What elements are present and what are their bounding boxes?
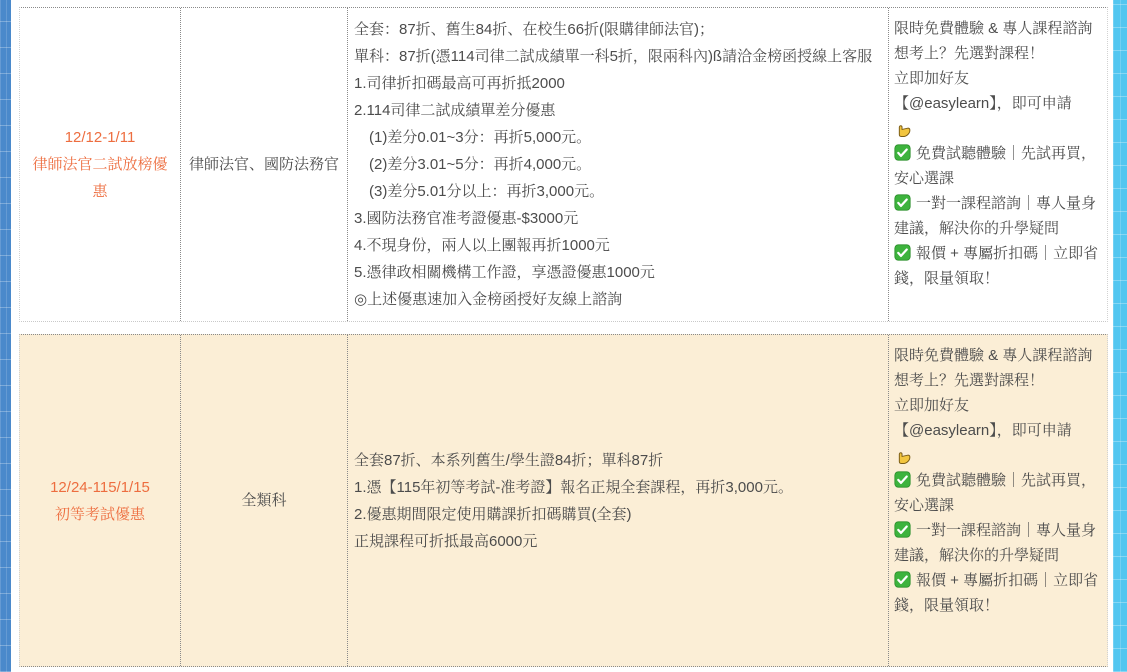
details-line: (2)差分3.01~5分：再折4,000元。 [354,151,880,178]
details-line: ◎上述優惠速加入金榜函授好友線上諮詢 [354,286,880,313]
left-blueprint-strip [0,0,11,672]
check-item: 免費試聽體驗｜先試再買，安心選課 [894,141,1103,191]
promo-intro-line: 想考上？先選對課程！ [894,368,1103,393]
promo-intro-line: 想考上？先選對課程！ [894,41,1103,66]
category-cell: 全類科 [180,335,347,666]
details-line: 2.優惠期間限定使用購課折扣碼購買(全套) [354,501,880,528]
check-item-label: 一對一課程諮詢｜專人量身建議，解決你的升學疑問 [894,522,1096,564]
check-item-label: 免費試聽體驗｜先試再買，安心選課 [894,145,1096,187]
period-title: 律師法官二試放榜優惠 [28,151,172,205]
check-icon [894,468,911,493]
check-item: 免費試聽體驗｜先試再買，安心選課 [894,468,1103,518]
check-icon [894,568,911,593]
details-line: 單科：87折(憑114司律二試成績單一科5折，限兩科內)ß請洽金榜函授線上客服 [354,43,880,70]
table-row: 12/24-115/1/15 初等考試優惠 全類科 全套87折、本系列舊生/學生… [19,334,1108,667]
category-label: 律師法官、國防法務官 [189,151,339,178]
check-icon [894,191,911,216]
promotions-table: 12/12-1/11 律師法官二試放榜優惠 律師法官、國防法務官 全套：87折、… [19,7,1108,667]
period-title: 初等考試優惠 [55,501,145,528]
details-line: 3.國防法務官准考證優惠-$3000元 [354,205,880,232]
details-cell: 全套：87折、舊生84折、在校生66折(限購律師法官)； 單科：87折(憑114… [347,8,888,321]
details-cell: 全套87折、本系列舊生/學生證84折；單科87折 1.憑【115年初等考試-准考… [347,335,888,666]
category-label: 全類科 [241,487,286,514]
promo-cell: 限時免費體驗 & 專人課程諮詢 想考上？先選對課程！ 立即加好友 【@easyl… [888,8,1107,321]
check-item: 一對一課程諮詢｜專人量身建議，解決你的升學疑問 [894,518,1103,568]
check-item-label: 免費試聽體驗｜先試再買，安心選課 [894,472,1096,514]
check-icon [894,518,911,543]
check-icon [894,241,911,266]
right-blueprint-strip [1113,0,1127,672]
pointing-down-hand-icon [894,116,1103,141]
promo-intro-line: 限時免費體驗 & 專人課程諮詢 [894,343,1103,368]
details-line: 4.不現身份，兩人以上團報再折1000元 [354,232,880,259]
check-icon [894,141,911,166]
details-line: 2.114司律二試成績單差分優惠 [354,97,880,124]
category-cell: 律師法官、國防法務官 [180,8,347,321]
promo-intro-line: 限時免費體驗 & 專人課程諮詢 [894,16,1103,41]
promo-cell: 限時免費體驗 & 專人課程諮詢 想考上？先選對課程！ 立即加好友 【@easyl… [888,335,1107,666]
check-item: 一對一課程諮詢｜專人量身建議，解決你的升學疑問 [894,191,1103,241]
pointing-down-hand-icon [894,443,1103,468]
check-item-label: 報價 + 專屬折扣碼｜立即省錢，限量領取！ [894,245,1098,287]
details-line: 1.司律折扣碼最高可再折抵2000 [354,70,880,97]
promo-intro-line: 【@easylearn】，即可申請 [894,91,1103,116]
period-cell: 12/24-115/1/15 初等考試優惠 [20,335,180,666]
promo-intro-line: 【@easylearn】，即可申請 [894,418,1103,443]
details-line: 全套：87折、舊生84折、在校生66折(限購律師法官)； [354,16,880,43]
promo-intro-line: 立即加好友 [894,66,1103,91]
check-item-label: 一對一課程諮詢｜專人量身建議，解決你的升學疑問 [894,195,1096,237]
details-line: (1)差分0.01~3分：再折5,000元。 [354,124,880,151]
details-line: 5.憑律政相關機構工作證，享憑證優惠1000元 [354,259,880,286]
check-item-label: 報價 + 專屬折扣碼｜立即省錢，限量領取！ [894,572,1098,614]
check-item: 報價 + 專屬折扣碼｜立即省錢，限量領取！ [894,241,1103,291]
details-line: (3)差分5.01分以上：再折3,000元。 [354,178,880,205]
period-dates: 12/12-1/11 [65,124,136,151]
period-cell: 12/12-1/11 律師法官二試放榜優惠 [20,8,180,321]
period-dates: 12/24-115/1/15 [50,474,150,501]
details-line: 全套87折、本系列舊生/學生證84折；單科87折 [354,447,880,474]
details-line: 1.憑【115年初等考試-准考證】報名正規全套課程，再折3,000元。 [354,474,880,501]
check-item: 報價 + 專屬折扣碼｜立即省錢，限量領取！ [894,568,1103,618]
promo-intro-line: 立即加好友 [894,393,1103,418]
table-row: 12/12-1/11 律師法官二試放榜優惠 律師法官、國防法務官 全套：87折、… [19,7,1108,322]
details-line: 正規課程可折抵最高6000元 [354,528,880,555]
